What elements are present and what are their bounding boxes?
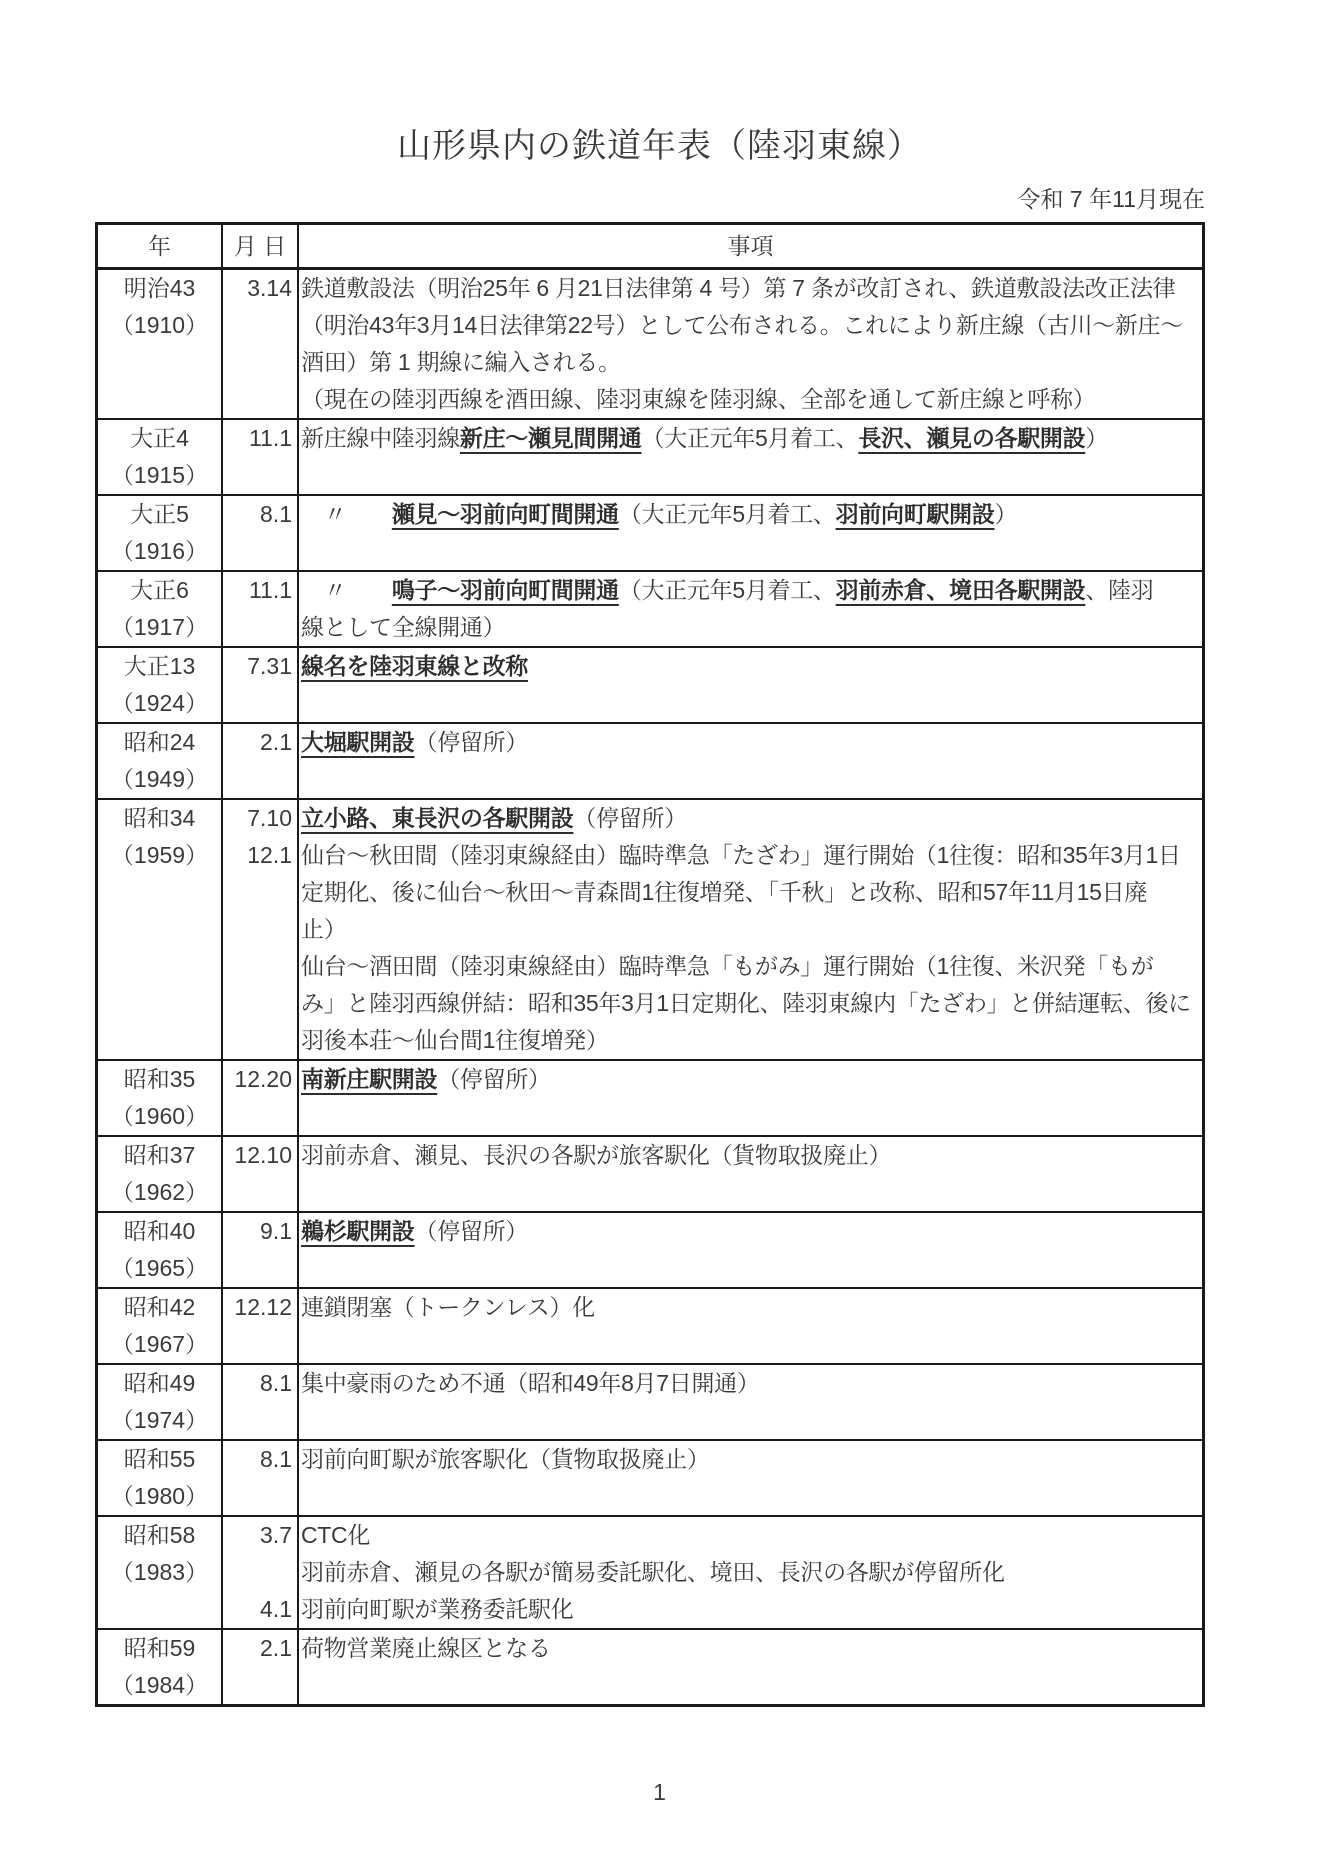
- year-cell: 昭和59（1984）: [98, 1630, 223, 1704]
- event-cell: 羽前向町駅が業務委託駅化: [299, 1591, 1202, 1628]
- event-text-emphasis: 鵜杉駅開設: [301, 1218, 415, 1244]
- event-text-emphasis: 線名を陸羽東線と改称: [301, 653, 528, 679]
- era-year: 大正13: [98, 648, 221, 685]
- row-entries: 2.1大堀駅開設（停留所）: [223, 724, 1202, 798]
- event-text: 羽前向町駅が業務委託駅化: [301, 1596, 573, 1622]
- year-cell: 大正6（1917）: [98, 572, 223, 646]
- month-day-cell: 8.1: [223, 496, 299, 570]
- row-entries: 11.1 〃 鳴子～羽前向町間開通（大正元年5月着工、羽前赤倉、境田各駅開設、陸…: [223, 572, 1202, 646]
- month-day-cell: 2.1: [223, 1630, 299, 1704]
- event-cell: 羽前赤倉、瀬見、長沢の各駅が旅客駅化（貨物取扱廃止）: [299, 1137, 1202, 1211]
- year-cell: 昭和37（1962）: [98, 1137, 223, 1211]
- event-text-emphasis: 立小路、東長沢の各駅開設: [301, 805, 573, 831]
- event-text-emphasis: 南新庄駅開設: [301, 1066, 437, 1092]
- western-year: （1917）: [98, 609, 221, 646]
- event-cell: 連鎖閉塞（トークンレス）化: [299, 1289, 1202, 1363]
- event-cell: CTC化 羽前赤倉、瀬見の各駅が簡易委託駅化、境田、長沢の各駅が停留所化: [299, 1517, 1202, 1591]
- table-row: 昭和49（1974）8.1集中豪雨のため不通（昭和49年8月7日開通）: [98, 1365, 1202, 1441]
- event-cell: 線名を陸羽東線と改称: [299, 648, 1202, 722]
- year-cell: 昭和24（1949）: [98, 724, 223, 798]
- month-day-cell: 12.1: [223, 837, 299, 1059]
- event-text-emphasis: 羽前向町駅開設: [836, 501, 995, 527]
- western-year: （1983）: [98, 1554, 221, 1591]
- month-day-cell: 8.1: [223, 1441, 299, 1515]
- month-day-cell: 11.1: [223, 420, 299, 494]
- western-year: （1915）: [98, 457, 221, 494]
- event-text: 〃: [301, 577, 392, 603]
- month-day-cell: 12.12: [223, 1289, 299, 1363]
- event-text-emphasis: 鳴子～羽前向町間開通: [392, 577, 619, 603]
- era-year: 昭和40: [98, 1213, 221, 1250]
- western-year: （1960）: [98, 1098, 221, 1135]
- year-cell: 昭和40（1965）: [98, 1213, 223, 1287]
- page-number: 1: [0, 1779, 1319, 1806]
- event-text: ）: [1085, 425, 1108, 451]
- row-entry: 8.1集中豪雨のため不通（昭和49年8月7日開通）: [223, 1365, 1202, 1439]
- header-item: 事項: [299, 225, 1202, 267]
- month-day-cell: 11.1: [223, 572, 299, 646]
- year-cell: 昭和58（1983）: [98, 1517, 223, 1628]
- row-entry: 3.14鉄道敷設法（明治25年 6 月21日法律第 4 号）第 7 条が改訂され…: [223, 270, 1202, 418]
- event-text: 羽前向町駅が旅客駅化（貨物取扱廃止）: [301, 1446, 710, 1472]
- event-text: ）: [995, 501, 1018, 527]
- month-day-cell: 2.1: [223, 724, 299, 798]
- row-entry: 8.1羽前向町駅が旅客駅化（貨物取扱廃止）: [223, 1441, 1202, 1515]
- era-year: 昭和59: [98, 1630, 221, 1667]
- month-day-cell: 9.1: [223, 1213, 299, 1287]
- row-entries: 3.7CTC化 羽前赤倉、瀬見の各駅が簡易委託駅化、境田、長沢の各駅が停留所化4…: [223, 1517, 1202, 1628]
- year-cell: 昭和34（1959）: [98, 800, 223, 1059]
- row-entry: 7.31線名を陸羽東線と改称: [223, 648, 1202, 722]
- row-entries: 11.1新庄線中陸羽線新庄～瀬見間開通（大正元年5月着工、長沢、瀬見の各駅開設）: [223, 420, 1202, 494]
- event-cell: 仙台～秋田間（陸羽東線経由）臨時準急「たざわ」運行開始（1往復：昭和35年3月1…: [299, 837, 1202, 1059]
- month-day-cell: 3.7: [223, 1517, 299, 1591]
- year-cell: 昭和42（1967）: [98, 1289, 223, 1363]
- table-row: 大正13（1924）7.31線名を陸羽東線と改称: [98, 648, 1202, 724]
- year-cell: 大正4（1915）: [98, 420, 223, 494]
- table-header-row: 年 月 日 事項: [98, 225, 1202, 270]
- event-text-emphasis: 大堀駅開設: [301, 729, 415, 755]
- row-entries: 3.14鉄道敷設法（明治25年 6 月21日法律第 4 号）第 7 条が改訂され…: [223, 270, 1202, 418]
- event-text: CTC化 羽前赤倉、瀬見の各駅が簡易委託駅化、境田、長沢の各駅が停留所化: [301, 1522, 1005, 1585]
- event-cell: 鵜杉駅開設（停留所）: [299, 1213, 1202, 1287]
- row-entry: 9.1鵜杉駅開設（停留所）: [223, 1213, 1202, 1287]
- table-row: 昭和59（1984）2.1荷物営業廃止線区となる: [98, 1630, 1202, 1704]
- event-text: （大正元年5月着工、: [619, 577, 836, 603]
- table-row: 大正4（1915）11.1新庄線中陸羽線新庄～瀬見間開通（大正元年5月着工、長沢…: [98, 420, 1202, 496]
- event-text: （停留所）: [415, 729, 529, 755]
- month-day-cell: 3.14: [223, 270, 299, 418]
- event-cell: 〃 瀬見～羽前向町間開通（大正元年5月着工、羽前向町駅開設）: [299, 496, 1202, 570]
- event-text: （大正元年5月着工、: [642, 425, 859, 451]
- era-year: 昭和55: [98, 1441, 221, 1478]
- year-cell: 昭和49（1974）: [98, 1365, 223, 1439]
- table-row: 昭和37（1962）12.10羽前赤倉、瀬見、長沢の各駅が旅客駅化（貨物取扱廃止…: [98, 1137, 1202, 1213]
- table-row: 大正5（1916）8.1 〃 瀬見～羽前向町間開通（大正元年5月着工、羽前向町駅…: [98, 496, 1202, 572]
- event-text: 〃: [301, 501, 392, 527]
- western-year: （1965）: [98, 1250, 221, 1287]
- era-year: 昭和37: [98, 1137, 221, 1174]
- month-day-cell: 12.20: [223, 1061, 299, 1135]
- era-year: 昭和42: [98, 1289, 221, 1326]
- event-text: （停留所）: [437, 1066, 551, 1092]
- event-text: 新庄線中陸羽線: [301, 425, 460, 451]
- western-year: （1910）: [98, 307, 221, 344]
- header-year: 年: [98, 225, 223, 267]
- era-year: 大正6: [98, 572, 221, 609]
- event-text: 荷物営業廃止線区となる: [301, 1635, 551, 1661]
- era-year: 昭和35: [98, 1061, 221, 1098]
- table-row: 明治43（1910）3.14鉄道敷設法（明治25年 6 月21日法律第 4 号）…: [98, 270, 1202, 420]
- row-entries: 12.12連鎖閉塞（トークンレス）化: [223, 1289, 1202, 1363]
- event-text-emphasis: 瀬見～羽前向町間開通: [392, 501, 619, 527]
- year-cell: 明治43（1910）: [98, 270, 223, 418]
- event-cell: 〃 鳴子～羽前向町間開通（大正元年5月着工、羽前赤倉、境田各駅開設、陸羽 線とし…: [299, 572, 1202, 646]
- era-year: 昭和24: [98, 724, 221, 761]
- row-entry: 12.12連鎖閉塞（トークンレス）化: [223, 1289, 1202, 1363]
- event-text: 仙台～秋田間（陸羽東線経由）臨時準急「たざわ」運行開始（1往復：昭和35年3月1…: [301, 842, 1191, 1053]
- era-year: 昭和49: [98, 1365, 221, 1402]
- event-text: 連鎖閉塞（トークンレス）化: [301, 1294, 595, 1320]
- era-year: 昭和58: [98, 1517, 221, 1554]
- row-entries: 9.1鵜杉駅開設（停留所）: [223, 1213, 1202, 1287]
- event-cell: 荷物営業廃止線区となる: [299, 1630, 1202, 1704]
- year-cell: 昭和35（1960）: [98, 1061, 223, 1135]
- table-row: 昭和55（1980）8.1羽前向町駅が旅客駅化（貨物取扱廃止）: [98, 1441, 1202, 1517]
- event-text: （停留所）: [573, 805, 687, 831]
- western-year: （1980）: [98, 1478, 221, 1515]
- event-text-emphasis: 長沢、瀬見の各駅開設: [858, 425, 1085, 451]
- month-day-cell: 7.31: [223, 648, 299, 722]
- date-note: 令和 7 年11月現在: [0, 181, 1205, 214]
- row-entries: 12.20南新庄駅開設（停留所）: [223, 1061, 1202, 1135]
- table-row: 大正6（1917）11.1 〃 鳴子～羽前向町間開通（大正元年5月着工、羽前赤倉…: [98, 572, 1202, 648]
- event-text-emphasis: 羽前赤倉、境田各駅開設: [836, 577, 1086, 603]
- event-cell: 南新庄駅開設（停留所）: [299, 1061, 1202, 1135]
- row-entry: 11.1新庄線中陸羽線新庄～瀬見間開通（大正元年5月着工、長沢、瀬見の各駅開設）: [223, 420, 1202, 494]
- row-entries: 8.1 〃 瀬見～羽前向町間開通（大正元年5月着工、羽前向町駅開設）: [223, 496, 1202, 570]
- event-text: （大正元年5月着工、: [619, 501, 836, 527]
- event-cell: 新庄線中陸羽線新庄～瀬見間開通（大正元年5月着工、長沢、瀬見の各駅開設）: [299, 420, 1202, 494]
- row-entries: 7.31線名を陸羽東線と改称: [223, 648, 1202, 722]
- western-year: （1924）: [98, 685, 221, 722]
- era-year: 昭和34: [98, 800, 221, 837]
- table-row: 昭和42（1967）12.12連鎖閉塞（トークンレス）化: [98, 1289, 1202, 1365]
- row-entries: 8.1集中豪雨のため不通（昭和49年8月7日開通）: [223, 1365, 1202, 1439]
- row-entry: 2.1大堀駅開設（停留所）: [223, 724, 1202, 798]
- year-cell: 昭和55（1980）: [98, 1441, 223, 1515]
- row-entries: 2.1荷物営業廃止線区となる: [223, 1630, 1202, 1704]
- table-body: 明治43（1910）3.14鉄道敷設法（明治25年 6 月21日法律第 4 号）…: [98, 270, 1202, 1704]
- row-entry: 4.1羽前向町駅が業務委託駅化: [223, 1591, 1202, 1628]
- western-year: （1984）: [98, 1667, 221, 1704]
- event-cell: 立小路、東長沢の各駅開設（停留所）: [299, 800, 1202, 837]
- timeline-table: 年 月 日 事項 明治43（1910）3.14鉄道敷設法（明治25年 6 月21…: [95, 222, 1205, 1707]
- row-entry: 7.10立小路、東長沢の各駅開設（停留所）: [223, 800, 1202, 837]
- row-entry: 2.1荷物営業廃止線区となる: [223, 1630, 1202, 1704]
- event-text: （停留所）: [415, 1218, 529, 1244]
- row-entries: 12.10羽前赤倉、瀬見、長沢の各駅が旅客駅化（貨物取扱廃止）: [223, 1137, 1202, 1211]
- month-day-cell: 8.1: [223, 1365, 299, 1439]
- header-month-day: 月 日: [223, 225, 299, 267]
- row-entries: 7.10立小路、東長沢の各駅開設（停留所）12.1仙台～秋田間（陸羽東線経由）臨…: [223, 800, 1202, 1059]
- row-entry: 3.7CTC化 羽前赤倉、瀬見の各駅が簡易委託駅化、境田、長沢の各駅が停留所化: [223, 1517, 1202, 1591]
- page-title: 山形県内の鉄道年表（陸羽東線）: [0, 118, 1319, 167]
- document-page: 山形県内の鉄道年表（陸羽東線） 令和 7 年11月現在 年 月 日 事項 明治4…: [0, 0, 1319, 1865]
- row-entry: 12.20南新庄駅開設（停留所）: [223, 1061, 1202, 1135]
- row-entries: 8.1羽前向町駅が旅客駅化（貨物取扱廃止）: [223, 1441, 1202, 1515]
- table-row: 昭和35（1960）12.20南新庄駅開設（停留所）: [98, 1061, 1202, 1137]
- year-cell: 大正5（1916）: [98, 496, 223, 570]
- row-entry: 12.1仙台～秋田間（陸羽東線経由）臨時準急「たざわ」運行開始（1往復：昭和35…: [223, 837, 1202, 1059]
- table-row: 昭和34（1959）7.10立小路、東長沢の各駅開設（停留所）12.1仙台～秋田…: [98, 800, 1202, 1061]
- event-cell: 集中豪雨のため不通（昭和49年8月7日開通）: [299, 1365, 1202, 1439]
- era-year: 大正4: [98, 420, 221, 457]
- month-day-cell: 12.10: [223, 1137, 299, 1211]
- table-row: 昭和58（1983）3.7CTC化 羽前赤倉、瀬見の各駅が簡易委託駅化、境田、長…: [98, 1517, 1202, 1630]
- era-year: 明治43: [98, 270, 221, 307]
- table-row: 昭和24（1949）2.1大堀駅開設（停留所）: [98, 724, 1202, 800]
- table-row: 昭和40（1965）9.1鵜杉駅開設（停留所）: [98, 1213, 1202, 1289]
- era-year: 大正5: [98, 496, 221, 533]
- month-day-cell: 7.10: [223, 800, 299, 837]
- western-year: （1959）: [98, 837, 221, 874]
- month-day-cell: 4.1: [223, 1591, 299, 1628]
- year-cell: 大正13（1924）: [98, 648, 223, 722]
- row-entry: 8.1 〃 瀬見～羽前向町間開通（大正元年5月着工、羽前向町駅開設）: [223, 496, 1202, 570]
- event-text: 集中豪雨のため不通（昭和49年8月7日開通）: [301, 1370, 760, 1396]
- western-year: （1962）: [98, 1174, 221, 1211]
- western-year: （1916）: [98, 533, 221, 570]
- event-cell: 大堀駅開設（停留所）: [299, 724, 1202, 798]
- western-year: （1967）: [98, 1326, 221, 1363]
- event-text: 羽前赤倉、瀬見、長沢の各駅が旅客駅化（貨物取扱廃止）: [301, 1142, 891, 1168]
- event-text: 鉄道敷設法（明治25年 6 月21日法律第 4 号）第 7 条が改訂され、鉄道敷…: [301, 275, 1183, 412]
- western-year: （1974）: [98, 1402, 221, 1439]
- event-cell: 鉄道敷設法（明治25年 6 月21日法律第 4 号）第 7 条が改訂され、鉄道敷…: [299, 270, 1202, 418]
- row-entry: 12.10羽前赤倉、瀬見、長沢の各駅が旅客駅化（貨物取扱廃止）: [223, 1137, 1202, 1211]
- western-year: （1949）: [98, 761, 221, 798]
- event-cell: 羽前向町駅が旅客駅化（貨物取扱廃止）: [299, 1441, 1202, 1515]
- event-text-emphasis: 新庄～瀬見間開通: [460, 425, 642, 451]
- row-entry: 11.1 〃 鳴子～羽前向町間開通（大正元年5月着工、羽前赤倉、境田各駅開設、陸…: [223, 572, 1202, 646]
